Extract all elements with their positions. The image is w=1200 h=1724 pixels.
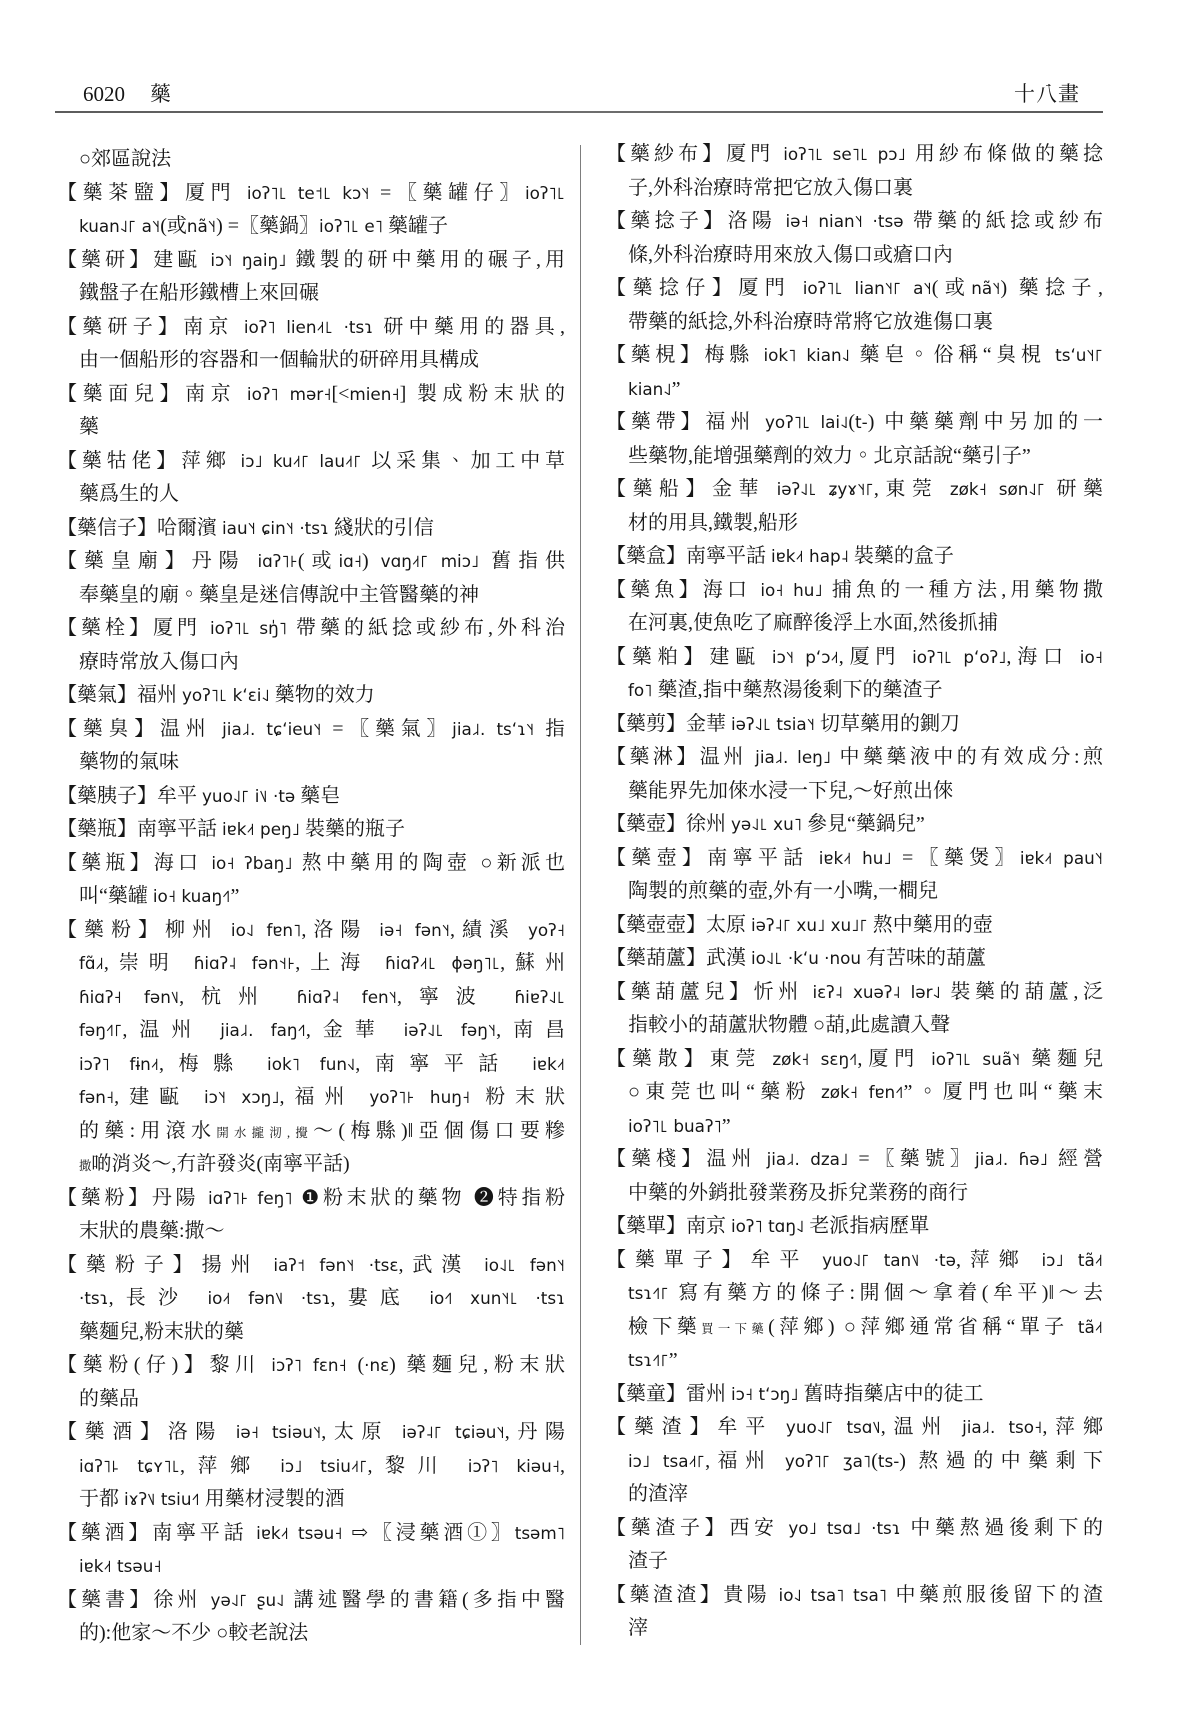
entry-text: 柳州 io˨˩ fɐn˥,洛陽 iə˧ fən˥˧,績溪 yoʔ˧ [165, 919, 565, 941]
phonetic-transcription: kuan˨˩꜒ a˥˧ [79, 216, 160, 236]
phonetic-transcription: fɑ̃˩˧ [79, 953, 104, 973]
entry-text: 揚州 iaʔ˦ fən˥˧ ·tsɛ,武漢 io˨˩꜖ fən˥˧ [202, 1254, 565, 1276]
phonetic-transcription: ioʔ˥꜖ lian˥˧꜒ a˥˧ [803, 278, 932, 298]
dictionary-entry: 【藥壺】徐州 yə˨˩꜖ xu˥ 參見“藥鍋兒” [606, 808, 1103, 842]
dictionary-entry: 【藥捻子】洛陽 iə˧ nian˥˧ ·tsə 帶藥的紙捻或紗布 條,外科治療時… [606, 205, 1103, 272]
entry-line: 【藥梘】梅縣 iok˥ kian˨˩ 藥皂。俗稱“臭梘 tsʻu˥˧꜒ [606, 339, 1103, 373]
entry-line: ioʔ˥꜖ buaʔ˥” [606, 1110, 1103, 1144]
phonetic-transcription: ɦiɑʔ˧ fən˥˩ [79, 987, 179, 1007]
phonetic-transcription: ɦiɑʔ˨ fen˥˧ [297, 987, 397, 1007]
phonetic-transcription: jia˩˨. tso˧ [962, 1417, 1042, 1437]
entry-line: 【藥捻仔】厦門 ioʔ˥꜖ lian˥˧꜒ a˥˧(或nã˥˧) 藥捻子, [606, 272, 1103, 306]
entry-line: 【藥書】徐州 yə˨˩꜒ ʂu˨˩ 講述醫學的書籍(多指中醫 [57, 1584, 565, 1618]
entry-text: 温州 jia˩˨. tɕʻieu˥˧ =〖藥氣〗jia˩˨. tsʻɿ˥˧ 指 [160, 718, 565, 740]
entry-line: 帶藥的紙捻,外科治療時常將它放進傷口裏 [606, 306, 1103, 340]
entry-line: 【藥船】金華 iəʔ˨˩꜖ ʑyɤ˥˧꜒,東莞 zøk˧ søn˨˩꜒ 研藥 [606, 473, 1103, 507]
entry-line: 【藥葫蘆】武漢 io˨˩꜖ ·kʻu ·nou 有苦味的葫蘆 [606, 942, 1103, 976]
phonetic-transcription: ioʔ˥꜖ suã˥˧ [931, 1049, 1020, 1069]
entry-line: iɔ˩ tsa˨˦꜒,福州 yoʔ˥꜒ ʒa˥(ts-) 熬過的中藥剩下 [606, 1445, 1103, 1479]
phonetic-transcription: iaʔ˦ fən˥˧ ·tsɛ [273, 1255, 398, 1275]
phonetic-transcription: iok˥ fun˧˩ [267, 1054, 355, 1074]
entry-text-post: 啲消炎～,冇許發炎(南寧平話) [91, 1153, 349, 1175]
entry-line: 于都 iɤʔ˥˩ tsiu˧˥ 用藥材浸製的酒 [57, 1483, 565, 1517]
entry-text-post: (萍鄉) ○萍鄉通常省稱“單子 tã˨˦ [768, 1316, 1103, 1338]
entry-text: 厦門 ioʔ˥꜖ lian˥˧꜒ a˥˧(或nã˥˧) 藥捻子, [738, 277, 1103, 299]
headword: 【藥渣渣】 [606, 1584, 723, 1606]
entry-text: 滓 [628, 1617, 648, 1639]
phonetic-transcription: yə˨˩꜖ xu˥ [731, 814, 802, 834]
phonetic-transcription: iɔ˩ tã˨˦ [1041, 1250, 1103, 1270]
phonetic-transcription: iɔʔ˥ fɛn˧ [271, 1355, 347, 1375]
entry-line: 【藥栓】厦門 ioʔ˥꜖ sŋ̍˥ 帶藥的紙捻或紗布,外科治 [57, 612, 565, 646]
entry-text: fo˥ 藥渣,指中藥熬湯後剩下的藥渣子 [628, 679, 942, 701]
dictionary-entry: 【藥胰子】牟平 yuo˨˩꜒ i˥˩ ·tə 藥皂 [57, 780, 565, 814]
dictionary-entry: 【藥粉】丹陽 iɑʔ˥꜔ feŋ˥ ❶粉末狀的藥物 ❷特指粉 末狀的農藥:撒～ [57, 1182, 565, 1249]
entry-line: 中藥的外銷批發業務及拆兌業務的商行 [606, 1177, 1103, 1211]
dictionary-entry: 【藥捻仔】厦門 ioʔ˥꜖ lian˥˧꜒ a˥˧(或nã˥˧) 藥捻子, 帶藥… [606, 272, 1103, 339]
entry-text: ·tsɿ,長沙 io˨˦ fən˥˩ ·tsɿ,婁底 io˧˥ xun˥˧꜖ ·… [79, 1287, 565, 1309]
headword: 【藥瓶】 [57, 818, 137, 840]
dictionary-entry: 【藥研】建甌 iɔ˥˧ ŋaiŋ˩ 鐵製的研中藥用的碾子,用 鐵盤子在船形鐵槽上… [57, 244, 565, 311]
phonetic-transcription: io˨˩꜖ ·kʻu ·nou [751, 948, 861, 968]
entry-line: 藥麵兒,粉末狀的藥 [57, 1316, 565, 1350]
entry-line: 陶製的煎藥的壺,外有一小嘴,一橺兒 [606, 875, 1103, 909]
phonetic-transcription: tsʻu˥˧꜒ [1055, 345, 1103, 365]
headword: 【藥粉子】 [57, 1254, 202, 1276]
headword: 【藥氣】 [57, 684, 137, 706]
phonetic-transcription: yə˨˩꜒ ʂu˨˩ [211, 1590, 285, 1610]
entry-text: 些藥物,能增强藥劑的效力。北京話說“藥引子” [628, 445, 1031, 467]
entry-text: 建甌 iɔ˥˧ ŋaiŋ˩ 鐵製的研中藥用的碾子,用 [153, 249, 565, 271]
entry-text: 陶製的煎藥的壺,外有一小嘴,一橺兒 [628, 880, 938, 902]
headword: 【藥捻子】 [606, 210, 728, 232]
phonetic-transcription: fən˧ [79, 1087, 114, 1107]
phonetic-transcription: iɐk˨˦ pau˥˧ [1020, 848, 1103, 868]
dictionary-entry: 【藥瓶】海口 io˧ ʔbaŋ˩ 熬中藥用的陶壺 ○新派也 叫“藥罐 io˧ k… [57, 847, 565, 914]
entry-text: 條,外科治療時用來放入傷口或瘡口內 [628, 244, 953, 266]
phonetic-transcription: jia˩˨. dza˩ [767, 1149, 849, 1169]
dictionary-entry: 【藥壺壺】太原 iəʔ˨꜒ xu˩ xu˩꜒ 熬中藥用的壺 [606, 909, 1103, 943]
phonetic-transcription: io˨˩ tsa˥ tsa˥ [779, 1585, 888, 1605]
dictionary-entry: 【藥紗布】厦門 ioʔ˥꜖ se˥꜖ pɔ˩ 用紗布條做的藥捻 子,外科治療時常… [606, 138, 1103, 205]
dictionary-entry: 【藥酒】洛陽 iə˧ tsiəu˥˧,太原 iəʔ˨꜒ tɕiəu˥˧,丹陽 i… [57, 1416, 565, 1517]
dictionary-entry: 【藥帶】福州 yoʔ˥꜖ lai˨˩(t-) 中藥藥劑中另加的一 些藥物,能增强… [606, 406, 1103, 473]
entry-line: tsɿ˧˥꜒” [606, 1344, 1103, 1378]
headword: 【藥葫蘆兒】 [606, 981, 754, 1003]
headword: 【藥渣】 [606, 1416, 717, 1438]
dictionary-entry: 【藥梘】梅縣 iok˥ kian˨˩ 藥皂。俗稱“臭梘 tsʻu˥˧꜒ kian… [606, 339, 1103, 406]
phonetic-transcription: ɦiɐʔ˨˩꜖ [515, 987, 565, 1007]
headword: 【藥渣子】 [606, 1517, 729, 1539]
headword: 【藥單】 [606, 1215, 686, 1237]
entry-text: iɔʔ˥ fɨn˨˦,梅縣 iok˥ fun˧˩,南寧平話 iɐk˨˦ [79, 1053, 565, 1075]
phonetic-transcription: io˧ ʔbaŋ˩ [211, 853, 292, 873]
entry-text: 于都 iɤʔ˥˩ tsiu˧˥ 用藥材浸製的酒 [79, 1488, 345, 1510]
dictionary-entry: 【藥粉子】揚州 iaʔ˦ fən˥˧ ·tsɛ,武漢 io˨˩꜖ fən˥˧ ·… [57, 1249, 565, 1350]
entry-line: 【藥壺】徐州 yə˨˩꜖ xu˥ 參見“藥鍋兒” [606, 808, 1103, 842]
dictionary-entry: 【藥書】徐州 yə˨˩꜒ ʂu˨˩ 講述醫學的書籍(多指中醫 的):他家～不少 … [57, 1584, 565, 1651]
phonetic-transcription: nã˥˧ [971, 278, 1000, 298]
phonetic-transcription: iɐk˨˦ peŋ˩ [222, 819, 300, 839]
entry-line: 撒啲消炎～,冇許發炎(南寧平話) [57, 1148, 565, 1182]
phonetic-transcription: tsɿ˧˥꜒ [628, 1283, 669, 1303]
entry-text: 鐵盤子在船形鐵槽上來回碾 [79, 282, 319, 304]
phonetic-transcription: iɔ˩ ku˨˦꜒ lau˨˦꜒ [241, 451, 362, 471]
left-column: ○郊區說法 【藥茶盬】厦門 ioʔ˥꜖ te˦꜖ kɔ˥˧ =〖藥罐仔〗ioʔ˥… [57, 143, 565, 1651]
dictionary-entry: 【藥棧】温州 jia˩˨. dza˩ =〖藥號〗jia˩˨. ɦə˩ 經營 中藥… [606, 1143, 1103, 1210]
entry-text: 材的用具,鐵製,船形 [628, 512, 798, 534]
phonetic-transcription: ioʔ˥ mər˧ [247, 384, 332, 404]
headword: 【藥棧】 [606, 1148, 706, 1170]
phonetic-transcription: io˨˩ fɐn˥ [231, 920, 301, 940]
entry-text: 洛陽 iə˧ tsiəu˥˧,太原 iəʔ˨꜒ tɕiəu˥˧,丹陽 [168, 1421, 565, 1443]
entry-text-post: ～(梅縣)‖亞個傷口要糝 [313, 1120, 565, 1142]
phonetic-transcription: yo˩ tsɑ˩ ·tsɿ [788, 1518, 900, 1538]
entry-text: 牟平 yuo˨˩꜒ tsɑ˥˩,温州 jia˩˨. tso˧,萍鄉 [717, 1416, 1103, 1438]
phonetic-transcription: io˧ [1080, 647, 1103, 667]
stroke-section-label: 十八畫 [1014, 81, 1080, 107]
phonetic-transcription: yuo˨˩꜒ tan˥˩ ·tə [822, 1250, 956, 1270]
entry-line: 的藥品 [57, 1383, 565, 1417]
phonetic-transcription: iə˧ nian˥˧ ·tsə [786, 211, 904, 231]
entry-line: 【藥信子】哈爾濱 iau˥˧ ɕin˥˧ ·tsɿ 綫狀的引信 [57, 512, 565, 546]
entry-line: 滓 [606, 1612, 1103, 1646]
headword: 【藥粕】 [606, 646, 709, 668]
entry-line: 【藥壺壺】太原 iəʔ˨꜒ xu˩ xu˩꜒ 熬中藥用的壺 [606, 909, 1103, 943]
entry-line: tsɿ˧˥꜒ 寫有藥方的條子:開個～拿着(牟平)‖～去 [606, 1277, 1103, 1311]
headword: 【藥書】 [57, 1589, 153, 1611]
phonetic-transcription: yoʔ˥꜔ huŋ˧ [369, 1087, 470, 1107]
entry-line: 【藥面兒】南京 ioʔ˥ mər˧[<mien˧] 製成粉末狀的 [57, 378, 565, 412]
phonetic-transcription: iɔʔ˥ fɨn˨˦ [79, 1054, 159, 1074]
dictionary-entry: 【藥酒】南寧平話 iɐk˨˦ tsəu˧ ⇨〖浸藥酒①〗tsəm˥ iɐk˨˦ … [57, 1517, 565, 1584]
entry-line: 【藥氣】福州 yoʔ˥꜖ kʻɛi˨˩ 藥物的效力 [57, 679, 565, 713]
phonetic-transcription: io˨˦ fən˥˩ ·tsɿ [207, 1288, 330, 1308]
entry-text: 藥麵兒,粉末狀的藥 [79, 1321, 244, 1343]
entry-line: kuan˨˩꜒ a˥˧(或nã˥˧) =〖藥鍋〗ioʔ˥꜖ e˥ 藥罐子 [57, 210, 565, 244]
phonetic-transcription: ioʔ˥꜖ e˥ [319, 216, 383, 236]
entry-text: 渣子 [628, 1550, 668, 1572]
entry-text: 福州 yoʔ˥꜖ kʻɛi˨˩ 藥物的效力 [137, 684, 375, 706]
headword: 【藥信子】 [57, 517, 157, 539]
headword: 【藥壺】 [606, 847, 707, 869]
entry-line: 【藥研】建甌 iɔ˥˧ ŋaiŋ˩ 鐵製的研中藥用的碾子,用 [57, 244, 565, 278]
phonetic-transcription: ioʔ˥ lien˨˦꜖ ·tsɿ [244, 317, 373, 337]
entry-line: 【藥帶】福州 yoʔ˥꜖ lai˨˩(t-) 中藥藥劑中另加的一 [606, 406, 1103, 440]
entry-line: 【藥棧】温州 jia˩˨. dza˩ =〖藥號〗jia˩˨. ɦə˩ 經營 [606, 1143, 1103, 1177]
entry-text: kian˨˩” [628, 378, 680, 400]
entry-line: 末狀的農藥:撒～ [57, 1215, 565, 1249]
headword: 【藥散】 [606, 1048, 710, 1070]
entry-text: 牟平 yuo˨˩꜒ i˥˩ ·tə 藥皂 [157, 785, 340, 807]
dictionary-entry: 【藥渣】牟平 yuo˨˩꜒ tsɑ˥˩,温州 jia˩˨. tso˧,萍鄉 iɔ… [606, 1411, 1103, 1512]
entry-text: iɔ˩ tsa˨˦꜒,福州 yoʔ˥꜒ ʒa˥(ts-) 熬過的中藥剩下 [628, 1450, 1103, 1472]
dictionary-entry: 【藥散】東莞 zøk˧ sɛŋ˧˥,厦門 ioʔ˥꜖ suã˥˧ 藥麵兒 ○東莞… [606, 1043, 1103, 1144]
entry-text: 帶藥的紙捻,外科治療時常將它放進傷口裏 [628, 311, 993, 333]
phonetic-transcription: iɔ˥˧ xɔŋ˩ [204, 1087, 280, 1107]
entry-text: iɐk˨˦ tsəu˧ [79, 1555, 162, 1577]
headword: 【藥單子】 [606, 1249, 750, 1271]
entry-text: ○東莞也叫“藥粉 zøk˧ fɐn˧˥”。厦門也叫“藥末 [628, 1081, 1103, 1103]
phonetic-transcription: yuo˨˩꜒ tsɑ˥˩ [786, 1417, 881, 1437]
phonetic-transcription: t- [855, 412, 868, 432]
entry-line: 子,外科治療時常把它放入傷口裏 [606, 172, 1103, 206]
dictionary-entry: 【藥單子】牟平 yuo˨˩꜒ tan˥˩ ·tə,萍鄉 iɔ˩ tã˨˦ tsɿ… [606, 1244, 1103, 1378]
phonetic-transcription: jia˩˨. leŋ˩ [755, 747, 831, 767]
entry-text: 貴陽 io˨˩ tsa˥ tsa˥ 中藥煎服後留下的渣 [723, 1584, 1103, 1606]
headword: 【藥船】 [606, 478, 712, 500]
dictionary-entry: 【藥盒】南寧平話 iɐk˨˦ hap˨ 裝藥的盒子 [606, 540, 1103, 574]
entry-text: tsɿ˧˥꜒” [628, 1349, 678, 1371]
phonetic-transcription: jia˩˨. faŋ˧˥ [220, 1020, 306, 1040]
phonetic-transcription: jia˩˨. ɦə˩ [975, 1149, 1048, 1169]
entry-line: ○東莞也叫“藥粉 zøk˧ fɐn˧˥”。厦門也叫“藥末 [606, 1076, 1103, 1110]
dictionary-entry: 【藥皇廟】丹陽 iɑʔ˥꜔(或iɑ˧) vɑŋ˨˦꜒ miɔ˩ 舊指供 奉藥皇的… [57, 545, 565, 612]
dictionary-entry: 【藥魚】海口 io˧ hu˩ 捕魚的一種方法,用藥物撒 在河裏,使魚吃了麻醉後浮… [606, 574, 1103, 641]
entry-line: ɦiɑʔ˧ fən˥˩,杭州 ɦiɑʔ˨ fen˥˧,寧波 ɦiɐʔ˨˩꜖ [57, 981, 565, 1015]
headword: 【藥研】 [57, 249, 153, 271]
phonetic-transcription: io˧ hu˩ [760, 580, 822, 600]
phonetic-transcription: ioʔ˥꜖ sŋ̍˥ [210, 618, 287, 638]
entry-line: fo˥ 藥渣,指中藥熬湯後剩下的藥渣子 [606, 674, 1103, 708]
entry-line: 【藥魚】海口 io˧ hu˩ 捕魚的一種方法,用藥物撒 [606, 574, 1103, 608]
entry-line: 【藥童】雷州 iɔ˧ tʻɔŋ˩ 舊時指藥店中的徒工 [606, 1378, 1103, 1412]
phonetic-transcription: iɔ˩ tsa˨˦꜒ [628, 1451, 705, 1471]
entry-text: 西安 yo˩ tsɑ˩ ·tsɿ 中藥熬過後剩下的 [729, 1517, 1103, 1539]
entry-text: 奉藥皇的廟。藥皇是迷信傳說中主管醫藥的神 [79, 584, 479, 606]
dictionary-entry: 【藥栓】厦門 ioʔ˥꜖ sŋ̍˥ 帶藥的紙捻或紗布,外科治 療時常放入傷口內 [57, 612, 565, 679]
entry-text: 由一個船形的容器和一個輪狀的研碎用具構成 [79, 349, 479, 371]
phonetic-transcription: iəʔ˨꜒ tɕiəu˥˧ [402, 1422, 505, 1442]
entry-text: 南京 ioʔ˥ mər˧[<mien˧] 製成粉末狀的 [185, 383, 565, 405]
phonetic-transcription: yuo˨˩꜒ i˥˩ ·tə [202, 786, 295, 806]
entry-line: 【藥盒】南寧平話 iɐk˨˦ hap˨ 裝藥的盒子 [606, 540, 1103, 574]
phonetic-transcription: ·nɛ [364, 1355, 389, 1375]
entry-line: 些藥物,能增强藥劑的效力。北京話說“藥引子” [606, 440, 1103, 474]
entry-text: iɑʔ˥꜕ tɕʏ˥꜖,萍鄉 iɔ˩ tsiu˨˦꜒,黎川 iɔʔ˥ kiəu˧… [79, 1455, 565, 1477]
phonetic-transcription: jia˩˨. tɕʻieu˥˧ [222, 719, 321, 739]
dictionary-entry: 【藥粉(仔)】黎川 iɔʔ˥ fɛn˧ (·nɛ) 藥麵兒,粉末狀 的藥品 [57, 1349, 565, 1416]
dictionary-entry: 【藥研子】南京 ioʔ˥ lien˨˦꜖ ·tsɿ 研中藥用的器具, 由一個船形… [57, 311, 565, 378]
entry-line: 指較小的葫蘆狀物體 ○葫,此處讀入聲 [606, 1009, 1103, 1043]
phonetic-transcription: iəʔ˨˩꜖ fəŋ˥˧ [404, 1020, 497, 1040]
small-gloss: 撒 [79, 1159, 91, 1173]
entry-line: 【藥粉】柳州 io˨˩ fɐn˥,洛陽 iə˧ fən˥˧,績溪 yoʔ˧ [57, 914, 565, 948]
dictionary-entry: 【藥船】金華 iəʔ˨˩꜖ ʑyɤ˥˧꜒,東莞 zøk˧ søn˨˩꜒ 研藥 材… [606, 473, 1103, 540]
phonetic-transcription: iɛʔ˨ xuəʔ˨ lər˨˩ [812, 982, 940, 1002]
entry-line: 【藥粉子】揚州 iaʔ˦ fən˥˧ ·tsɛ,武漢 io˨˩꜖ fən˥˧ [57, 1249, 565, 1283]
entry-line: 【藥淋】温州 jia˩˨. leŋ˩ 中藥藥液中的有效成分:煎 [606, 741, 1103, 775]
entry-line: 的):他家～不少 ○較老說法 [57, 1617, 565, 1651]
phonetic-transcription: io˧˥ xun˥˧꜖ ·tsɿ [429, 1288, 565, 1308]
entry-text: 丹陽 iɑʔ˥꜔(或iɑ˧) vɑŋ˨˦꜒ miɔ˩ 舊指供 [192, 550, 565, 572]
headword: 【藥粉】 [57, 1187, 152, 1209]
phonetic-transcription: iə˧ tsiəu˥˧ [236, 1422, 322, 1442]
phonetic-transcription: iɑʔ˥꜔ [257, 551, 297, 571]
phonetic-transcription: fo˥ [628, 680, 652, 700]
entry-line: iɑʔ˥꜕ tɕʏ˥꜖,萍鄉 iɔ˩ tsiu˨˦꜒,黎川 iɔʔ˥ kiəu˧… [57, 1450, 565, 1484]
headword: 【藥粉】 [57, 919, 165, 941]
entry-line: 【藥粉(仔)】黎川 iɔʔ˥ fɛn˧ (·nɛ) 藥麵兒,粉末狀 [57, 1349, 565, 1383]
entry-text: 南寧平話 iɐk˨˦ peŋ˩ 裝藥的瓶子 [137, 818, 405, 840]
phonetic-transcription: iɔ˩ tsiu˨˦꜒ [280, 1456, 367, 1476]
entry-line: 【藥酒】南寧平話 iɐk˨˦ tsəu˧ ⇨〖浸藥酒①〗tsəm˥ [57, 1517, 565, 1551]
phonetic-transcription: io˧ kuaŋ˧˥ [153, 886, 231, 906]
entry-text: 金華 iəʔ˨˩꜖ tsia˥˧ 切草藥用的鍘刀 [686, 713, 960, 735]
phonetic-transcription: yoʔ˥꜒ ʒa˥ [785, 1451, 871, 1471]
headword: 【藥盒】 [606, 545, 686, 567]
phonetic-transcription: vɑŋ˨˦꜒ miɔ˩ [381, 551, 480, 571]
entry-text: 雷州 iɔ˧ tʻɔŋ˩ 舊時指藥店中的徒工 [686, 1383, 984, 1405]
page-number: 6020 [83, 81, 125, 107]
continued-entry: ○郊區說法 [57, 143, 565, 177]
right-column: 【藥紗布】厦門 ioʔ˥꜖ se˥꜖ pɔ˩ 用紗布條做的藥捻 子,外科治療時常… [606, 138, 1103, 1646]
entry-text: 海口 io˧ hu˩ 捕魚的一種方法,用藥物撒 [703, 579, 1103, 601]
phonetic-transcription: ts- [878, 1451, 899, 1471]
phonetic-transcription: ioʔ˥꜖ buaʔ˥ [628, 1116, 722, 1136]
phonetic-transcription: iɑʔ˥꜔ feŋ˥ [208, 1188, 293, 1208]
entry-line: fən˧,建甌 iɔ˥˧ xɔŋ˩,福州 yoʔ˥꜔ huŋ˧ 粉末狀 [57, 1081, 565, 1115]
phonetic-transcription: iɔ˥˧ ŋaiŋ˩ [210, 250, 286, 270]
entry-line: 【藥茶盬】厦門 ioʔ˥꜖ te˦꜖ kɔ˥˧ =〖藥罐仔〗ioʔ˥꜖ [57, 177, 565, 211]
headword: 【藥梘】 [606, 344, 705, 366]
dictionary-entry: 【藥渣渣】貴陽 io˨˩ tsa˥ tsa˥ 中藥煎服後留下的渣 滓 [606, 1579, 1103, 1646]
entry-line: 【藥粉】丹陽 iɑʔ˥꜔ feŋ˥ ❶粉末狀的藥物 ❷特指粉 [57, 1182, 565, 1216]
entry-line: 【藥單子】牟平 yuo˨˩꜒ tan˥˩ ·tə,萍鄉 iɔ˩ tã˨˦ [606, 1244, 1103, 1278]
entry-line: fəŋ˧˥꜒,温州 jia˩˨. faŋ˧˥,金華 iəʔ˨˩꜖ fəŋ˥˧,南… [57, 1014, 565, 1048]
entry-line: 【藥臭】温州 jia˩˨. tɕʻieu˥˧ =〖藥氣〗jia˩˨. tsʻɿ˥… [57, 713, 565, 747]
entry-line: 的渣滓 [606, 1478, 1103, 1512]
dictionary-entry: 【藥氣】福州 yoʔ˥꜖ kʻɛi˨˩ 藥物的效力 [57, 679, 565, 713]
phonetic-transcription: nã˥˧ [187, 216, 216, 236]
headword: 【藥胰子】 [57, 785, 157, 807]
phonetic-transcription: io˨˩꜖ fən˥˧ [484, 1255, 565, 1275]
entry-line: 藥物的氣味 [57, 746, 565, 780]
entry-line: 【藥單】南京 ioʔ˥ tɑŋ˨˩ 老派指病歷單 [606, 1210, 1103, 1244]
phonetic-transcription: iəʔ˨꜒ xu˩ xu˩꜒ [751, 915, 868, 935]
entry-text: 東莞 zøk˧ sɛŋ˧˥,厦門 ioʔ˥꜖ suã˥˧ 藥麵兒 [710, 1048, 1103, 1070]
headword: 【藥牯佬】 [57, 450, 181, 472]
phonetic-transcription: yoʔ˥꜖ kʻɛi˨˩ [182, 685, 270, 705]
phonetic-transcription: mien˧ [349, 384, 399, 404]
dictionary-entry: 【藥牯佬】萍鄉 iɔ˩ ku˨˦꜒ lau˨˦꜒ 以采集、加工中草 藥爲生的人 [57, 445, 565, 512]
entry-text: 梅縣 iok˥ kian˨˩ 藥皂。俗稱“臭梘 tsʻu˥˧꜒ [705, 344, 1103, 366]
entry-text: 忻州 iɛʔ˨ xuəʔ˨ lər˨˩ 裝藥的葫蘆,泛 [754, 981, 1103, 1003]
entry-line: ·tsɿ,長沙 io˨˦ fən˥˩ ·tsɿ,婁底 io˧˥ xun˥˧꜖ ·… [57, 1282, 565, 1316]
entry-text: 徐州 yə˨˩꜖ xu˥ 參見“藥鍋兒” [686, 813, 925, 835]
entry-text: 在河裏,使魚吃了麻醉後浮上水面,然後抓捕 [628, 612, 998, 634]
headword: 【藥帶】 [606, 411, 705, 433]
small-gloss: 開水攏沏,攪 [216, 1126, 313, 1140]
headword: 【藥捻仔】 [606, 277, 738, 299]
dictionary-entry: 【藥葫蘆】武漢 io˨˩꜖ ·kʻu ·nou 有苦味的葫蘆 [606, 942, 1103, 976]
entry-text: 武漢 io˨˩꜖ ·kʻu ·nou 有苦味的葫蘆 [706, 947, 986, 969]
phonetic-transcription: kian˨˩ [628, 379, 672, 399]
headword: 【藥酒】 [57, 1522, 152, 1544]
entry-line: 由一個船形的容器和一個輪狀的研碎用具構成 [57, 344, 565, 378]
headword: 【藥瓶】 [57, 852, 154, 874]
phonetic-transcription: iok˥ kian˨˩ [763, 345, 849, 365]
header-rule [55, 111, 1103, 113]
entry-text: 叫“藥罐 io˧ kuaŋ˧˥” [79, 885, 239, 907]
entry-line: 【藥瓶】海口 io˧ ʔbaŋ˩ 熬中藥用的陶壺 ○新派也 [57, 847, 565, 881]
entry-line: 藥爲生的人 [57, 478, 565, 512]
entry-text: 末狀的農藥:撒～ [79, 1220, 225, 1242]
headword: 【藥魚】 [606, 579, 703, 601]
entry-text: 的藥品 [79, 1388, 139, 1410]
phonetic-transcription: yoʔ˧ [528, 920, 565, 940]
phonetic-transcription: zøk˧ sɛŋ˧˥ [772, 1049, 857, 1069]
phonetic-transcription: ɦiɑʔ˨˦꜖ ɸəŋ˥꜖ [385, 953, 500, 973]
entry-line: 【藥捻子】洛陽 iə˧ nian˥˧ ·tsə 帶藥的紙捻或紗布 [606, 205, 1103, 239]
entry-text: 藥爲生的人 [79, 483, 179, 505]
entry-text: 温州 jia˩˨. dza˩ =〖藥號〗jia˩˨. ɦə˩ 經營 [706, 1148, 1103, 1170]
entry-text: 金華 iəʔ˨˩꜖ ʑyɤ˥˧꜒,東莞 zøk˧ søn˨˩꜒ 研藥 [712, 478, 1103, 500]
dictionary-entry: 【藥臭】温州 jia˩˨. tɕʻieu˥˧ =〖藥氣〗jia˩˨. tsʻɿ˥… [57, 713, 565, 780]
headword: 【藥酒】 [57, 1421, 168, 1443]
dictionary-entry: 【藥單】南京 ioʔ˥ tɑŋ˨˩ 老派指病歷單 [606, 1210, 1103, 1244]
headword: 【藥栓】 [57, 617, 153, 639]
entry-line: 藥 [57, 411, 565, 445]
entry-text: ɦiɑʔ˧ fən˥˩,杭州 ɦiɑʔ˨ fen˥˧,寧波 ɦiɐʔ˨˩꜖ [79, 986, 565, 1008]
entry-text: 指較小的葫蘆狀物體 ○葫,此處讀入聲 [628, 1014, 950, 1036]
headword: 【藥葫蘆】 [606, 947, 706, 969]
entry-text: 中藥的外銷批發業務及拆兌業務的商行 [628, 1182, 968, 1204]
entry-line: 在河裏,使魚吃了麻醉後浮上水面,然後抓捕 [606, 607, 1103, 641]
headword: 【藥粉(仔)】 [57, 1354, 210, 1376]
phonetic-transcription: iɔ˧ tʻɔŋ˩ [731, 1384, 799, 1404]
dictionary-entry: 【藥茶盬】厦門 ioʔ˥꜖ te˦꜖ kɔ˥˧ =〖藥罐仔〗ioʔ˥꜖ kuan… [57, 177, 565, 244]
entry-text: 牟平 yuo˨˩꜒ tan˥˩ ·tə,萍鄉 iɔ˩ tã˨˦ [750, 1249, 1103, 1271]
phonetic-transcription: zøk˧ søn˨˩꜒ [950, 479, 1045, 499]
phonetic-transcription: iɐk˨˦ [532, 1054, 565, 1074]
phonetic-transcription: iɐk˨˦ tsəu˧ [256, 1523, 342, 1543]
column-divider [580, 145, 581, 1645]
entry-text-pre: 檢下藥 [628, 1316, 701, 1338]
entry-line: 【藥紗布】厦門 ioʔ˥꜖ se˥꜖ pɔ˩ 用紗布條做的藥捻 [606, 138, 1103, 172]
dictionary-entry: 【藥渣子】西安 yo˩ tsɑ˩ ·tsɿ 中藥熬過後剩下的 渣子 [606, 1512, 1103, 1579]
entry-line: 【藥剪】金華 iəʔ˨˩꜖ tsia˥˧ 切草藥用的鍘刀 [606, 708, 1103, 742]
entry-line: ○郊區說法 [57, 143, 565, 177]
entry-text: 厦門 ioʔ˥꜖ sŋ̍˥ 帶藥的紙捻或紗布,外科治 [153, 617, 565, 639]
entry-line: 【藥散】東莞 zøk˧ sɛŋ˧˥,厦門 ioʔ˥꜖ suã˥˧ 藥麵兒 [606, 1043, 1103, 1077]
entry-text: ○郊區說法 [79, 148, 171, 170]
dictionary-entry: 【藥剪】金華 iəʔ˨˩꜖ tsia˥˧ 切草藥用的鍘刀 [606, 708, 1103, 742]
entry-text: 厦門 ioʔ˥꜖ se˥꜖ pɔ˩ 用紗布條做的藥捻 [726, 143, 1103, 165]
phonetic-transcription: iɑ˧ [338, 551, 362, 571]
phonetic-transcription: iəʔ˨˩꜖ ʑyɤ˥˧꜒ [777, 479, 874, 499]
headword: 【藥皇廟】 [57, 550, 192, 572]
phonetic-transcription: fəŋ˧˥꜒ [79, 1020, 122, 1040]
phonetic-transcription: ·tsɿ [79, 1288, 109, 1308]
phonetic-transcription: iɐk˨˦ tsəu˧ [79, 1556, 162, 1576]
entry-text: 太原 iəʔ˨꜒ xu˩ xu˩꜒ 熬中藥用的壺 [706, 914, 993, 936]
entry-text: 丹陽 iɑʔ˥꜔ feŋ˥ ❶粉末狀的藥物 ❷特指粉 [152, 1187, 565, 1209]
dictionary-entry: 【藥信子】哈爾濱 iau˥˧ ɕin˥˧ ·tsɿ 綫狀的引信 [57, 512, 565, 546]
headword: 【藥茶盬】 [57, 182, 185, 204]
entry-text: 藥物的氣味 [79, 751, 179, 773]
dictionary-page: 6020 藥 十八畫 ○郊區說法 【藥茶盬】厦門 ioʔ˥꜖ te˦꜖ kɔ˥˧… [0, 0, 1200, 1724]
entry-text: kuan˨˩꜒ a˥˧(或nã˥˧) =〖藥鍋〗ioʔ˥꜖ e˥ 藥罐子 [79, 215, 448, 237]
phonetic-transcription: tsəm˥ [515, 1523, 565, 1543]
headword: 【藥臭】 [57, 718, 160, 740]
entry-line: 【藥壺】南寧平話 iɐk˨˦ hu˩ =〖藥煲〗iɐk˨˦ pau˥˧ [606, 842, 1103, 876]
phonetic-transcription: iəʔ˨˩꜖ tsia˥˧ [731, 714, 815, 734]
entry-text: 萍鄉 iɔ˩ ku˨˦꜒ lau˨˦꜒ 以采集、加工中草 [181, 450, 565, 472]
entry-text: 哈爾濱 iau˥˧ ɕin˥˧ ·tsɿ 綫狀的引信 [157, 517, 434, 539]
entry-text: 藥 [79, 416, 99, 438]
entry-line: 【藥胰子】牟平 yuo˨˩꜒ i˥˩ ·tə 藥皂 [57, 780, 565, 814]
